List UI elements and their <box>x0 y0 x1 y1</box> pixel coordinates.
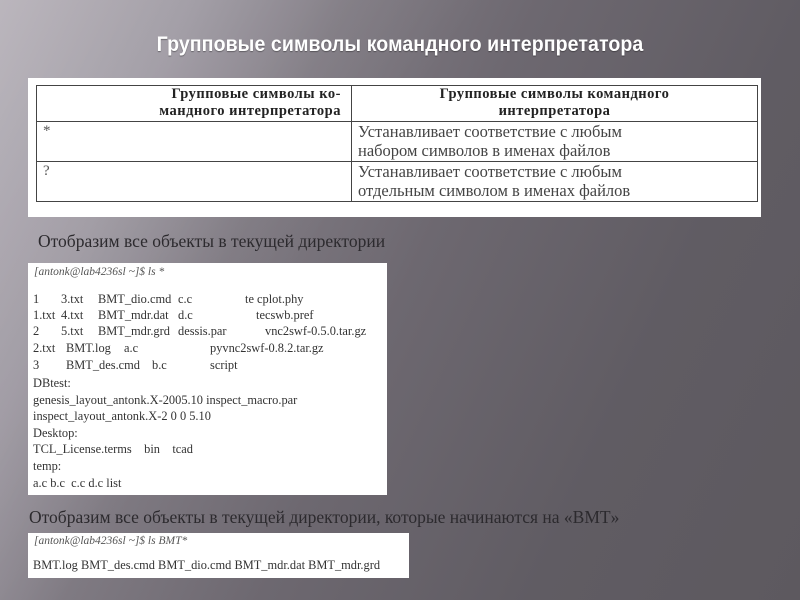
terminal-output-line: a.c b.c c.c d.c list <box>33 476 121 491</box>
terminal-prompt: [antonk@lab4236sl ~]$ ls * <box>34 266 164 278</box>
file-name: BMT_mdr.dat <box>98 308 169 323</box>
file-name: 4.txt <box>61 308 83 323</box>
wildcard-table-image: Групповые символы ко-мандного интерпрета… <box>28 78 761 217</box>
file-name: b.c <box>152 358 167 373</box>
terminal-output-line: Desktop: <box>33 426 78 441</box>
caption-list-all: Отобразим все объекты в текущей директор… <box>38 231 385 252</box>
table-row: ? Устанавливает соответствие с любымотде… <box>37 162 758 202</box>
terminal-prompt: [antonk@lab4236sl ~]$ ls BMT* <box>34 535 187 547</box>
terminal-output-ls-all: [antonk@lab4236sl ~]$ ls * 13.txtBMT_dio… <box>28 263 387 495</box>
file-name: 3.txt <box>61 292 83 307</box>
file-name: BMT_des.cmd <box>66 358 140 373</box>
wildcard-table: Групповые символы ко-мандного интерпрета… <box>36 85 758 202</box>
file-name: 2 <box>33 324 39 339</box>
terminal-output-line: temp: <box>33 459 61 474</box>
terminal-output-line: genesis_layout_antonk.X-2005.10 inspect_… <box>33 393 297 408</box>
file-name: tecswb.pref <box>256 308 313 323</box>
table-cell-description: Устанавливает соответствие с любымнаборо… <box>352 122 758 162</box>
file-name: dessis.par <box>178 324 227 339</box>
file-name: 2.txt <box>33 341 55 356</box>
slide-title: Групповые символы командного интерпретат… <box>28 33 772 57</box>
file-name: 1 <box>33 292 39 307</box>
terminal-output-line: DBtest: <box>33 376 71 391</box>
table-cell-symbol: * <box>37 122 352 162</box>
file-name: 1.txt <box>33 308 55 323</box>
terminal-output-line: BMT.log BMT_des.cmd BMT_dio.cmd BMT_mdr.… <box>33 558 380 573</box>
table-header-description: Групповые символы командногоинтерпретато… <box>352 86 758 122</box>
file-name: BMT_dio.cmd <box>98 292 171 307</box>
file-name: script <box>210 358 238 373</box>
terminal-output-line: inspect_layout_antonk.X-2 0 0 5.10 <box>33 409 211 424</box>
table-cell-description: Устанавливает соответствие с любымотдель… <box>352 162 758 202</box>
table-header-row: Групповые символы ко-мандного интерпрета… <box>37 86 758 122</box>
file-name: te cplot.phy <box>245 292 304 307</box>
file-name: c.c <box>178 292 192 307</box>
file-name: a.c <box>124 341 138 356</box>
table-header-symbol: Групповые символы ко-мандного интерпрета… <box>37 86 352 122</box>
file-name: 3 <box>33 358 39 373</box>
file-name: BMT_mdr.grd <box>98 324 170 339</box>
table-cell-symbol: ? <box>37 162 352 202</box>
caption-list-bmt: Отобразим все объекты в текущей директор… <box>29 507 619 528</box>
file-name: pyvnc2swf-0.8.2.tar.gz <box>210 341 324 356</box>
table-row: * Устанавливает соответствие с любымнабо… <box>37 122 758 162</box>
file-name: vnc2swf-0.5.0.tar.gz <box>265 324 366 339</box>
file-name: BMT.log <box>66 341 111 356</box>
terminal-output-ls-bmt: [antonk@lab4236sl ~]$ ls BMT* BMT.log BM… <box>28 533 409 578</box>
file-name: 5.txt <box>61 324 83 339</box>
file-name: d.c <box>178 308 193 323</box>
terminal-output-line: TCL_License.terms bin tcad <box>33 442 193 457</box>
